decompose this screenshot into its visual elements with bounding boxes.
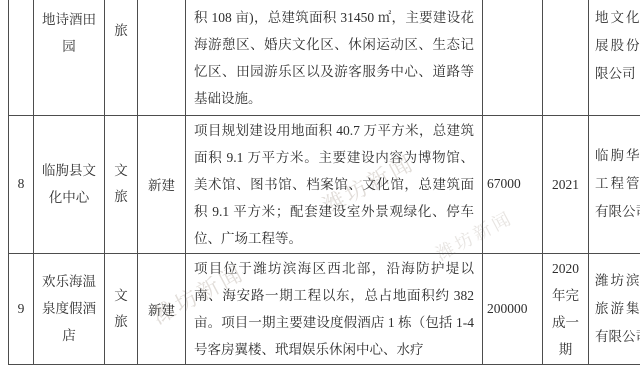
cell-investment: 67000 <box>483 115 543 253</box>
document-page: 潍坊新闻 潍坊新闻 潍坊新闻 地诗酒田园 旅 积 108 亩)，总建筑面积 31… <box>0 0 640 371</box>
cell-completion-year: 2021 <box>543 115 589 253</box>
cell-investment: 200000 <box>483 253 543 364</box>
category-label: 旅 <box>113 18 129 44</box>
table-row: 8 临朐县文化中心 文旅 新建 项目规划建设用地面积 40.7 万平方米，总建筑… <box>9 115 640 253</box>
cell-project-name: 欢乐海温泉度假酒店 <box>34 253 105 364</box>
cell-index: 8 <box>9 115 34 253</box>
year-label: 2020年完成一期 <box>550 255 581 363</box>
cell-project-name: 临朐县文化中心 <box>34 115 105 253</box>
cell-category: 文旅 <box>105 115 138 253</box>
cell-completion-year <box>543 0 589 115</box>
cell-index: 9 <box>9 253 34 364</box>
cell-build-type: 新建 <box>138 253 186 364</box>
cell-completion-year: 2020年完成一期 <box>543 253 589 364</box>
cell-description: 项目规划建设用地面积 40.7 万平方米，总建筑面积 9.1 万平方米。主要建设… <box>186 115 483 253</box>
table-row: 9 欢乐海温泉度假酒店 文旅 新建 项目位于潍坊滨海区西北部，沿海防护堤以南、海… <box>9 253 640 364</box>
cell-category: 文旅 <box>105 253 138 364</box>
cell-company: 地文化发展股份有限公司 <box>589 0 640 115</box>
cell-index <box>9 0 34 115</box>
category-label: 文旅 <box>113 158 129 210</box>
cell-description: 积 108 亩)，总建筑面积 31450 ㎡，主要建设花海游憩区、婚庆文化区、休… <box>186 0 483 115</box>
cell-build-type <box>138 0 186 115</box>
cell-project-name: 地诗酒田园 <box>34 0 105 115</box>
cell-description: 项目位于潍坊滨海区西北部，沿海防护堤以南、海安路一期工程以东，总占地面积约 38… <box>186 253 483 364</box>
cell-company: 临朐华春工程管理有限公司 <box>589 115 640 253</box>
cell-category: 旅 <box>105 0 138 115</box>
cell-investment <box>483 0 543 115</box>
cell-build-type: 新建 <box>138 115 186 253</box>
table-row: 地诗酒田园 旅 积 108 亩)，总建筑面积 31450 ㎡，主要建设花海游憩区… <box>9 0 640 115</box>
project-table: 地诗酒田园 旅 积 108 亩)，总建筑面积 31450 ㎡，主要建设花海游憩区… <box>8 0 640 365</box>
cell-company: 潍坊滨海旅游集团有限公司 <box>589 253 640 364</box>
category-label: 文旅 <box>113 283 129 335</box>
